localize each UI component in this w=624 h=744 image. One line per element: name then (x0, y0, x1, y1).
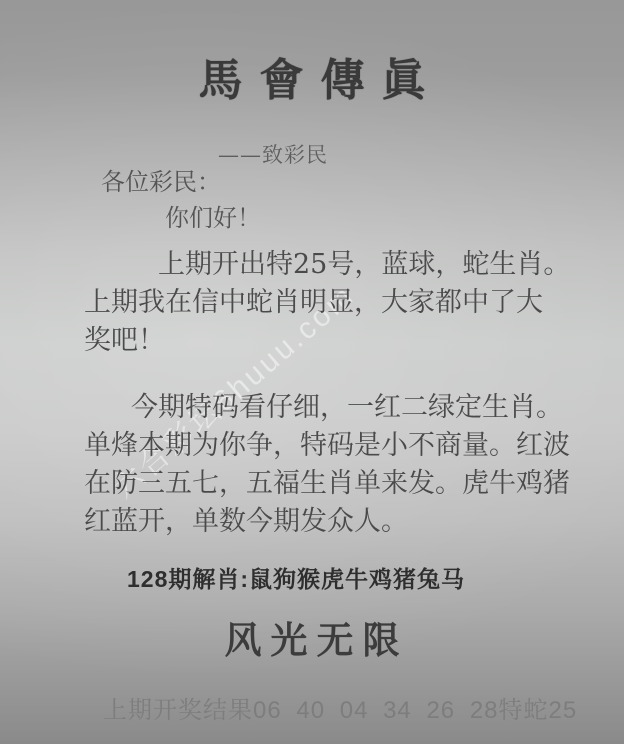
paragraph-line: 在防三五七，五福生肖单来发。虎牛鸡猪 (84, 465, 596, 503)
paragraph-previous-draw: 上期开出特25号，蓝球，蛇生肖。 上期我在信中蛇肖明显，大家都中了大 奖吧！ (84, 246, 596, 360)
subtitle-to-lottery-players: ——致彩民 (218, 139, 328, 169)
paragraph-line: 单烽本期为你争，特码是小不商量。红波 (84, 427, 596, 465)
fax-sheet: 六合彩坛6huuu.com 馬會傳眞 ——致彩民 各位彩民： 你们好！ 上期开出… (0, 0, 624, 744)
previous-draw-result: 上期开奖结果06 40 04 34 26 28特蛇25 (103, 690, 577, 725)
paragraph-line: 红蓝开，单数今期发众人。 (84, 503, 596, 541)
paragraph-line: 上期我在信中蛇肖明显，大家都中了大 (84, 284, 596, 322)
salutation: 各位彩民： (101, 162, 221, 197)
page-title: 馬會傳眞 (0, 44, 624, 108)
paragraph-line: 奖吧！ (84, 322, 596, 360)
slogan: 风光无限 (0, 610, 624, 664)
paragraph-current-tips: 今期特码看仔细，一红二绿定生肖。 单烽本期为你争，特码是小不商量。红波 在防三五… (84, 389, 596, 541)
greeting: 你们好！ (165, 198, 261, 233)
paragraph-line: 今期特码看仔细，一红二绿定生肖。 (84, 389, 596, 427)
zodiac-hint-line: 128期解肖:鼠狗猴虎牛鸡猪兔马 (127, 561, 465, 594)
paragraph-line: 上期开出特25号，蓝球，蛇生肖。 (84, 246, 596, 284)
